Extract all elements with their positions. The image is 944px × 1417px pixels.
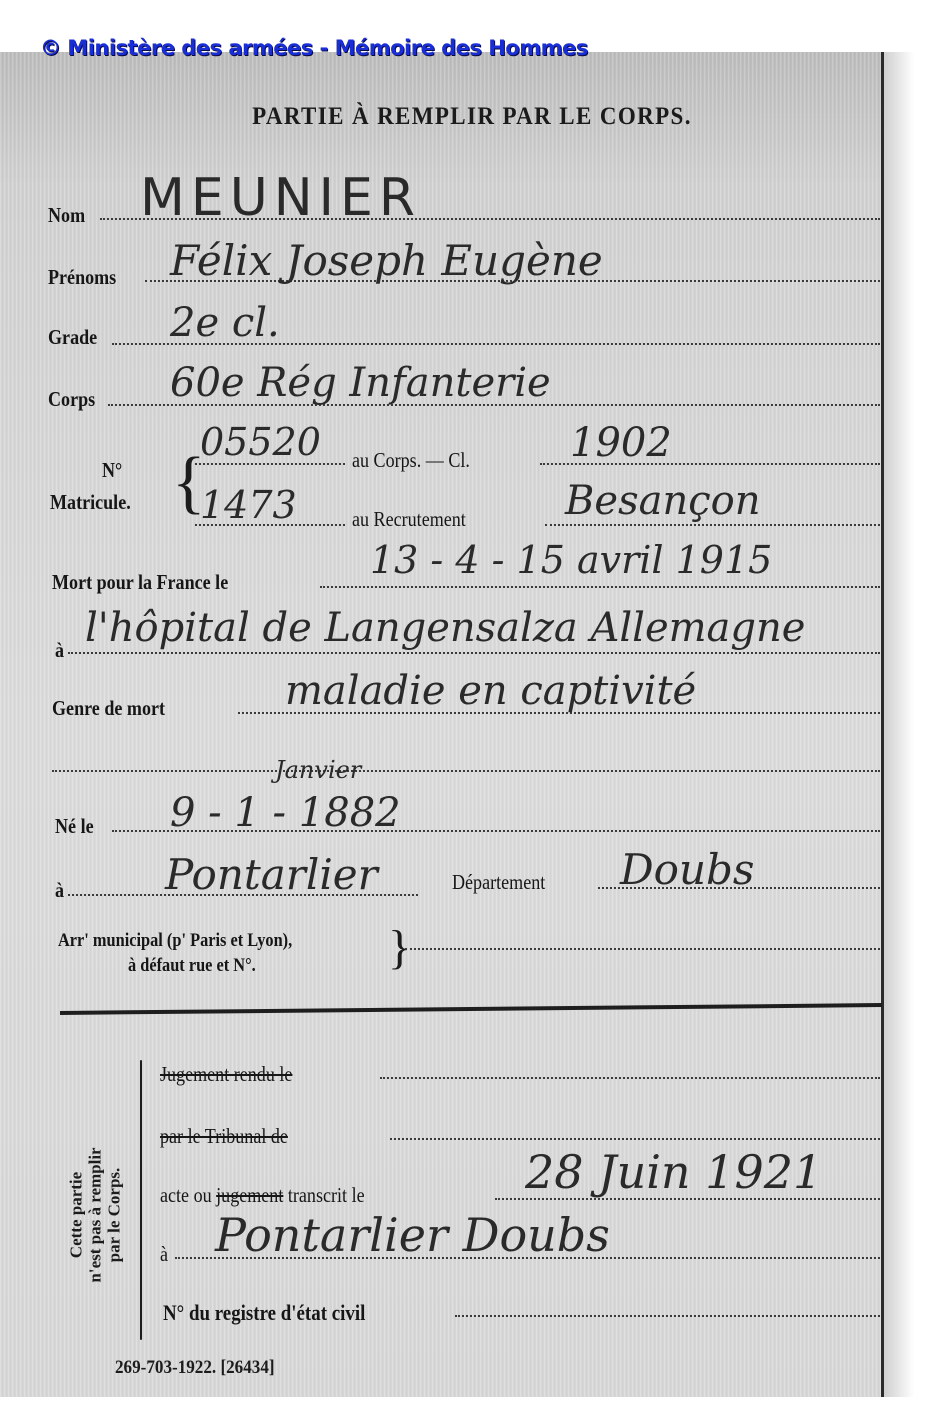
departement-value: Doubs [620, 845, 754, 894]
registre-label: N° du registre d'état civil [163, 1300, 365, 1326]
ne-a-value: Pontarlier [165, 850, 378, 899]
ne-le-value: 9 - 1 - 1882 [170, 790, 401, 836]
matricule-label-1: N° [102, 458, 122, 483]
arrondissement-label-2: à défaut rue et N°. [128, 955, 256, 977]
jugement-rendu-label: Jugement rendu le [160, 1062, 292, 1087]
tribunal-label: par le Tribunal de [160, 1124, 288, 1149]
transcrit-a-label: à [160, 1242, 168, 1267]
nom-label: Nom [48, 203, 85, 228]
mort-a-label: à [55, 638, 64, 663]
recrutement-place-value: Besançon [565, 478, 760, 524]
arrondissement-label-1: Arr' municipal (p' Paris et Lyon), [58, 930, 292, 952]
registre-line [455, 1315, 880, 1317]
departement-label: Département [452, 870, 545, 895]
footer-code: 269-703-1922. [26434] [115, 1357, 275, 1379]
matricule-label-2: Matricule. [50, 490, 131, 515]
nom-value: MEUNIER [140, 168, 421, 228]
recrutement-number-value: 1473 [200, 483, 297, 527]
mort-a-line [68, 652, 880, 654]
side-note-line-1: Cette partie [67, 1147, 86, 1282]
side-note: Cette partie n'est pas à remplir par le … [50, 1110, 140, 1320]
transcrit-a-value: Pontarlier Doubs [215, 1208, 610, 1262]
genre-de-mort-label: Genre de mort [52, 696, 165, 721]
tribunal-line [390, 1138, 880, 1140]
ne-a-label: à [55, 878, 64, 903]
side-note-line-2: n'est pas à remplir [86, 1147, 105, 1282]
transcrit-value: 28 Juin 1921 [525, 1145, 822, 1199]
mort-a-value: l'hôpital de Langensalza Allemagne [85, 605, 805, 651]
form-title: PARTIE À REMPLIR PAR LE CORPS. [38, 103, 906, 131]
mort-le-line [320, 586, 880, 588]
au-corps-value: 05520 [200, 420, 321, 464]
grade-value: 2e cl. [170, 300, 280, 346]
side-note-line-3: par le Corps. [105, 1147, 124, 1282]
recrutement-label: au Recrutement [352, 507, 466, 532]
blank-line [52, 770, 880, 772]
prenoms-value: Félix Joseph Eugène [170, 236, 603, 285]
corps-value: 60e Rég Infanterie [170, 360, 551, 406]
arrondissement-line [405, 948, 880, 950]
corps-label: Corps [48, 387, 95, 412]
prenoms-label: Prénoms [48, 265, 116, 290]
mort-le-label: Mort pour la France le [52, 570, 228, 595]
transcrit-label: acte ou jugement transcrit le [160, 1183, 365, 1208]
au-corps-label: au Corps. — Cl. [352, 448, 470, 473]
paper-margin [884, 52, 914, 1397]
classe-value: 1902 [570, 420, 672, 466]
jugement-rendu-line [380, 1077, 880, 1079]
grade-label: Grade [48, 325, 97, 350]
recrutement-place-line [545, 524, 880, 526]
ne-le-annotation: Janvier [275, 756, 361, 784]
ne-le-label: Né le [55, 814, 94, 839]
genre-de-mort-value: maladie en captivité [285, 668, 696, 714]
copyright-watermark: © Ministère des armées - Mémoire des Hom… [40, 36, 588, 60]
side-bracket [140, 1060, 142, 1340]
mort-le-value: 13 - 4 - 15 avril 1915 [370, 538, 772, 582]
